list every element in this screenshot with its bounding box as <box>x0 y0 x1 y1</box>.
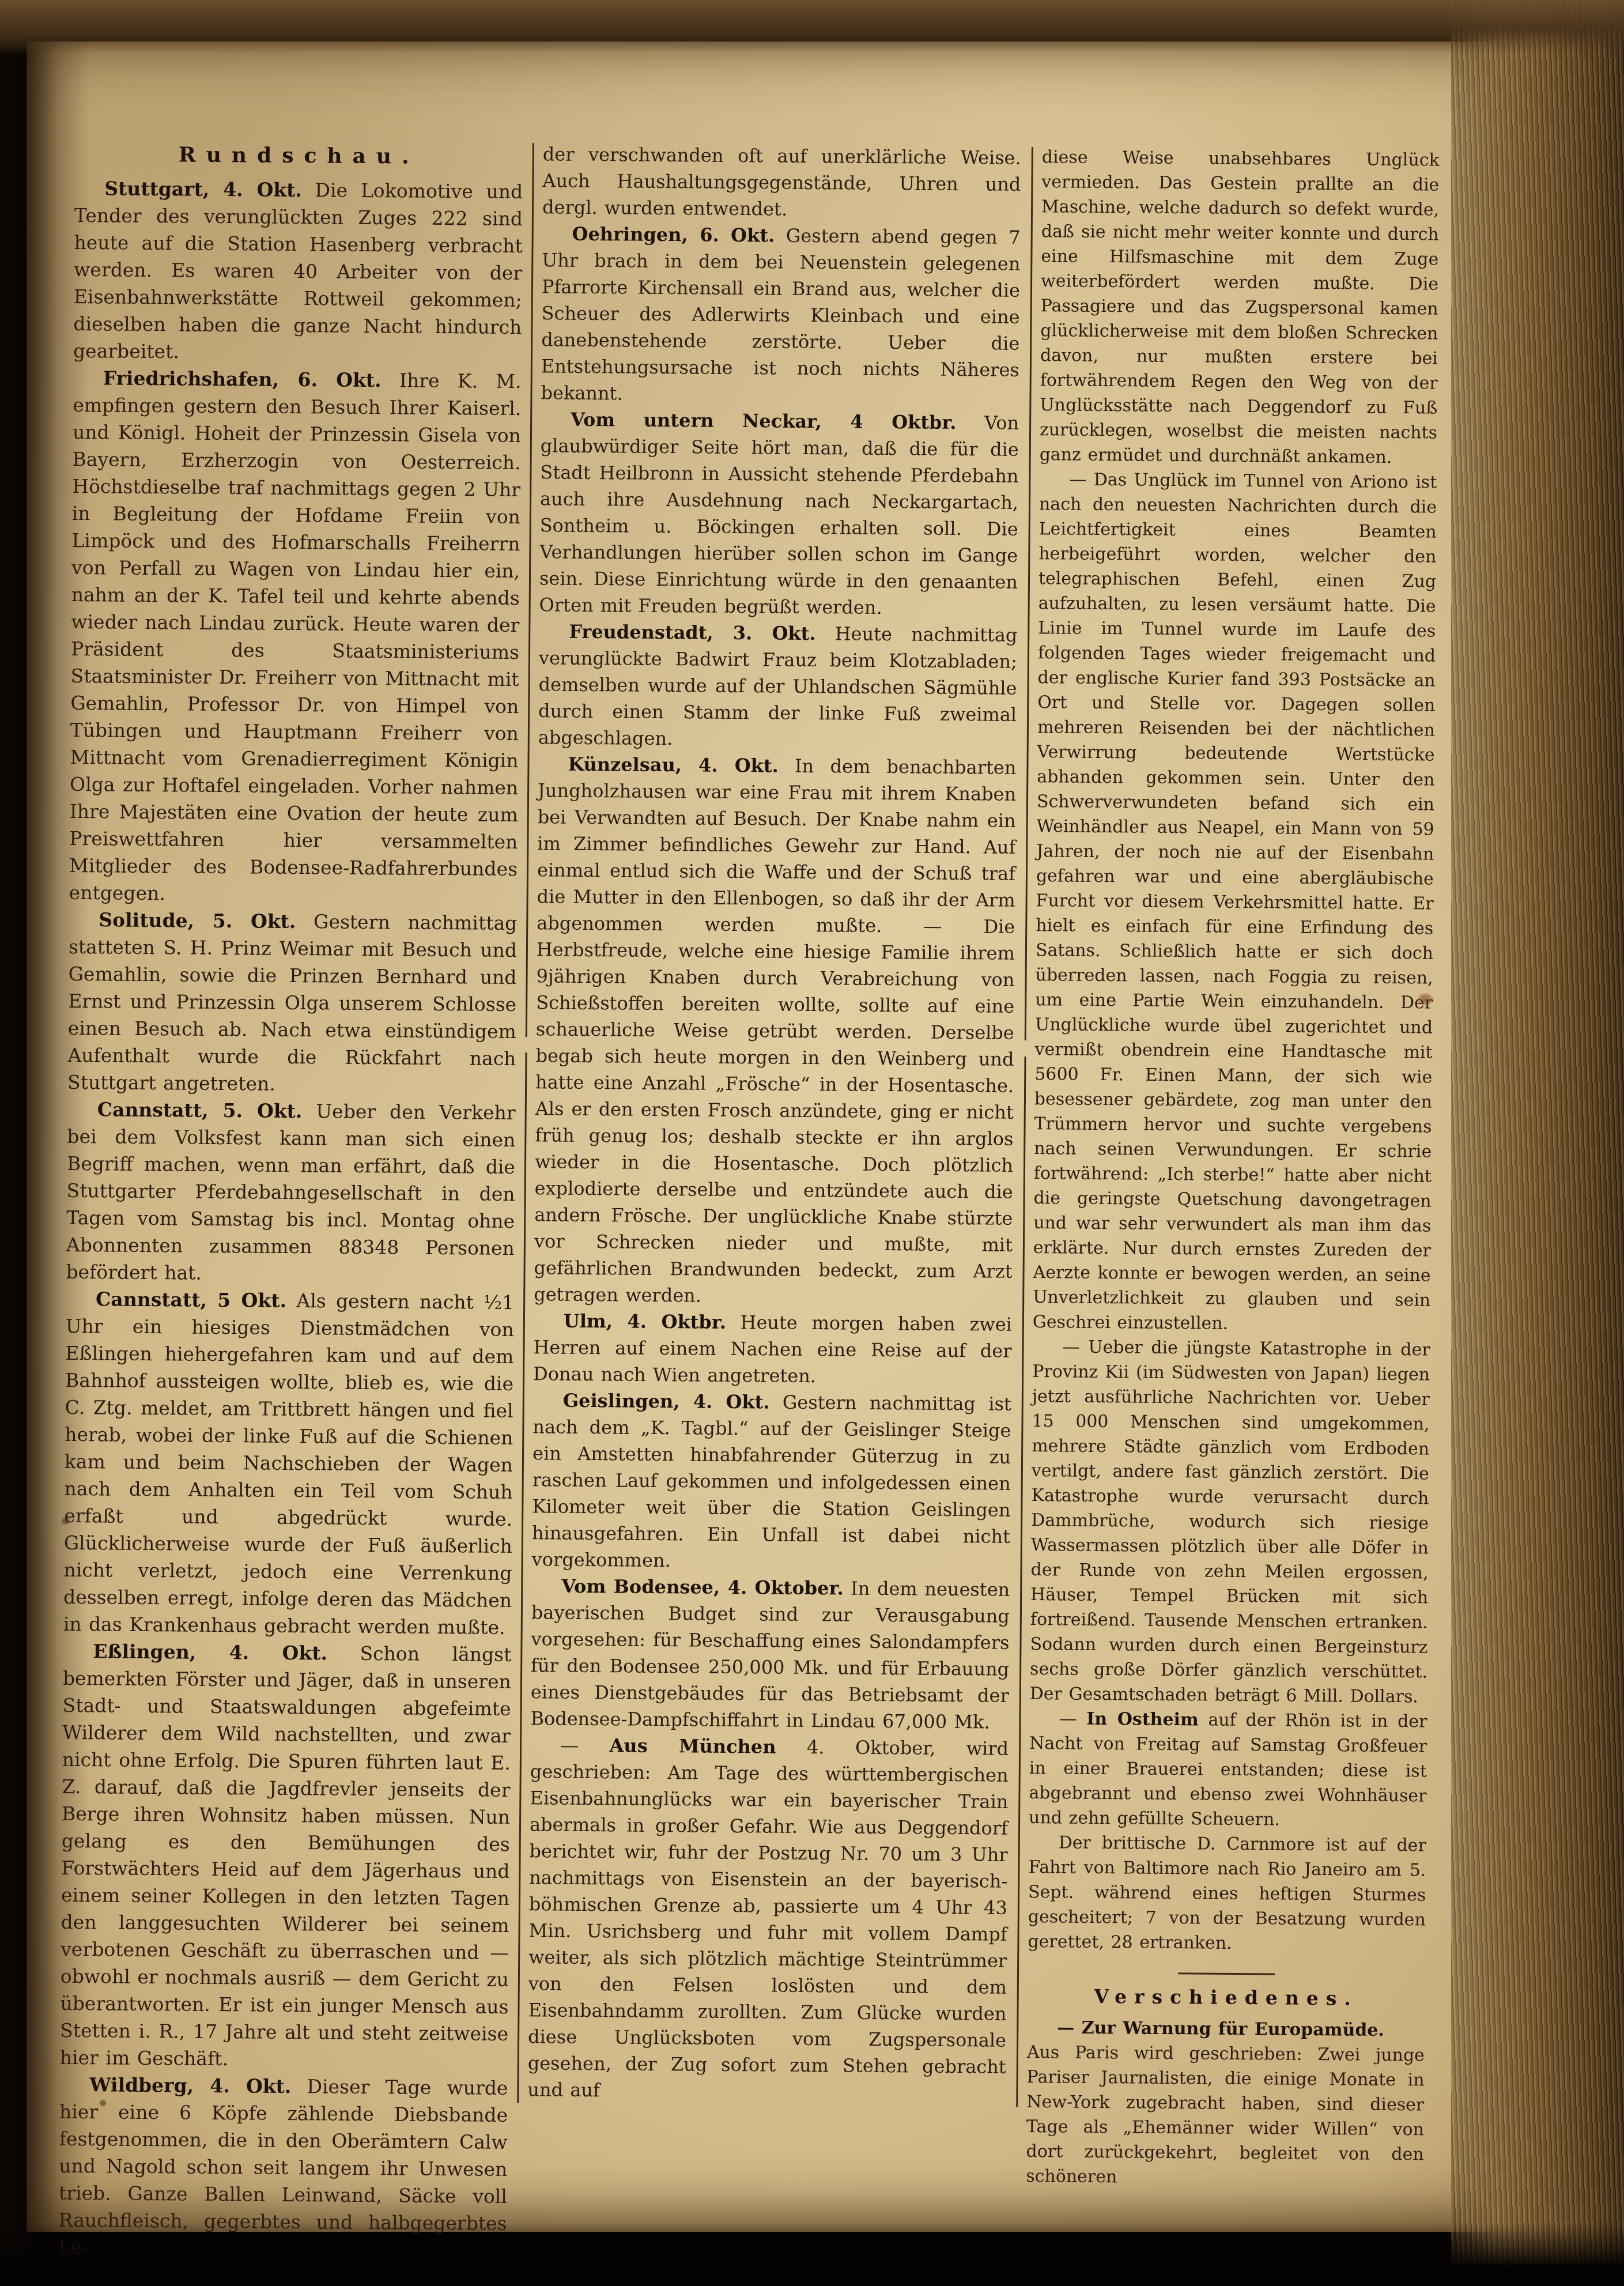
photo-bottom-shadow <box>0 2223 1624 2286</box>
article-title-text: — Zur Warnung für Europamüde. <box>1057 2017 1384 2040</box>
article-dateline: Vom untern Neckar, 4 Oktbr. <box>571 409 957 433</box>
article-ostheim: — In Ostheim auf der Rhön ist in der Nac… <box>1029 1706 1427 1833</box>
article-text: diese Weise unabsehbares Unglück vermied… <box>1040 147 1440 467</box>
column-1: Rundschau. Stuttgart, 4. Okt. Die Lokomo… <box>58 137 523 2264</box>
article-text: Der brittische D. Carnmore ist auf der F… <box>1028 1832 1426 1953</box>
article-dateline: Stuttgart, 4. Okt. <box>104 177 302 201</box>
section-heading-rundschau: Rundschau. <box>75 141 523 171</box>
article-muenchen: — Aus München 4. Oktober, wird geschrieb… <box>527 1732 1009 2106</box>
article-text: In dem benachbarten Jungholzhausen war e… <box>534 755 1017 1307</box>
article-dateline: Oehringen, 6. Okt. <box>572 223 775 247</box>
ink-stain <box>61 1517 70 1525</box>
article-kuenzelsau: Künzelsau, 4. Okt. In dem benachbarten J… <box>534 750 1017 1311</box>
article-text: — Ueber die jüngste Katastrophe in der P… <box>1030 1337 1430 1707</box>
article-carnmore: Der brittische D. Carnmore ist auf der F… <box>1028 1830 1426 1957</box>
article-cannstatt-1: Cannstatt, 5. Okt. Ueber den Verkehr bei… <box>66 1096 516 1289</box>
article-esslingen: Eßlingen, 4. Okt. Schon längst bemerkten… <box>60 1638 512 2074</box>
article-europamuede-body: Aus Paris wird geschrieben: Zwei junge P… <box>1026 2040 1425 2191</box>
article-freudenstadt: Freudenstadt, 3. Okt. Heute nachmittag v… <box>538 618 1018 755</box>
article-text: In dem neuesten bayerischen Budget sind … <box>530 1578 1010 1733</box>
article-dateline: Ulm, 4. Oktbr. <box>564 1310 726 1333</box>
text-columns: Rundschau. Stuttgart, 4. Okt. Die Lokomo… <box>58 137 1440 2271</box>
article-solitude: Solitude, 5. Okt. Gestern nachmittag sta… <box>67 906 518 1099</box>
article-dateline: Friedrichshafen, 6. Okt. <box>103 367 382 391</box>
article-text: Die Lokomotive und Tender des verunglück… <box>73 179 523 363</box>
column-3: diese Weise unabsehbares Unglück vermied… <box>1026 145 1440 2191</box>
article-dateline: Geislingen, 4. Okt. <box>563 1390 770 1413</box>
article-dateline: Solitude, 5. Okt. <box>99 908 296 933</box>
article-text: der verschwanden oft auf unerklärliche W… <box>542 143 1021 220</box>
article-text: Schon längst bemerkten Förster und Jäger… <box>60 1642 512 2070</box>
article-text: Als gestern nacht ½1 Uhr ein hiesiges Di… <box>63 1289 515 1639</box>
article-text: Von glaubwürdiger Seite hört man, daß di… <box>539 412 1019 618</box>
article-dateline: Cannstatt, 5 Okt. <box>96 1288 286 1312</box>
article-text: 4. Oktober, wird geschrieben: Am Tage de… <box>527 1736 1009 2101</box>
article-unterer-neckar: Vom untern Neckar, 4 Oktbr. Von glaubwür… <box>539 406 1019 622</box>
article-dateline: Aus München <box>609 1734 776 1757</box>
article-text: Ueber den Verkehr bei dem Volksfest kann… <box>66 1100 515 1284</box>
article-text: Aus Paris wird geschrieben: Zwei junge P… <box>1026 2042 1425 2187</box>
article-tunnel-ariono: — Das Unglück im Tunnel von Ariono ist n… <box>1033 467 1437 1337</box>
article-cannstatt-2: Cannstatt, 5 Okt. Als gestern nacht ½1 U… <box>63 1285 515 1641</box>
column-2: der verschwanden oft auf unerklärliche W… <box>527 141 1021 2106</box>
section-divider-rule <box>1178 1972 1275 1975</box>
article-europamuede-title: — Zur Warnung für Europamüde. <box>1027 2015 1425 2043</box>
article-friedrichshafen: Friedrichshafen, 6. Okt. Ihre K. M. empf… <box>69 364 522 910</box>
article-stuttgart: Stuttgart, 4. Okt. Die Lokomotive und Te… <box>73 175 523 368</box>
brown-stain <box>1417 993 1434 1006</box>
article-dateline: Wildberg, 4. Okt. <box>89 2073 291 2098</box>
article-text: Gestern abend gegen 7 Uhr brach in dem b… <box>541 225 1020 405</box>
article-continuation: der verschwanden oft auf unerklärliche W… <box>542 141 1021 224</box>
article-geislingen: Geislingen, 4. Okt. Gestern nachmittag i… <box>531 1387 1011 1576</box>
article-text: — Das Unglück im Tunnel von Ariono ist n… <box>1033 470 1437 1334</box>
article-japan-katastrophe: — Ueber die jüngste Katastrophe in der P… <box>1030 1334 1430 1709</box>
article-dateline: Eßlingen, 4. Okt. <box>93 1640 327 1664</box>
article-dateline: Künzelsau, 4. Okt. <box>568 753 779 777</box>
dash-prefix: — <box>1059 1709 1086 1729</box>
article-text: Gestern nachmittag statteten S. H. Prinz… <box>67 910 518 1095</box>
article-oehringen: Oehringen, 6. Okt. Gestern abend gegen 7… <box>541 220 1021 410</box>
article-dateline: Vom Bodensee, 4. Oktober. <box>561 1575 844 1600</box>
article-bodensee: Vom Bodensee, 4. Oktober. In dem neueste… <box>530 1572 1010 1736</box>
section-heading-verschiedenes: Verschiedenes. <box>1028 1983 1425 2011</box>
article-ulm: Ulm, 4. Oktbr. Heute morgen haben zwei H… <box>533 1307 1012 1391</box>
newspaper-scan-photo: Rundschau. Stuttgart, 4. Okt. Die Lokomo… <box>0 0 1624 2286</box>
dash-prefix: — <box>560 1734 610 1757</box>
article-dateline: Cannstatt, 5. Okt. <box>97 1098 303 1122</box>
article-text: Ihre K. M. empfingen gestern den Besuch … <box>69 369 522 904</box>
article-dateline: In Ostheim <box>1086 1709 1199 1730</box>
book-fore-edge <box>1451 0 1624 2265</box>
newspaper-page: Rundschau. Stuttgart, 4. Okt. Die Lokomo… <box>27 42 1592 2232</box>
article-continuation: diese Weise unabsehbares Unglück vermied… <box>1040 145 1440 470</box>
article-text: Gestern nachmittag ist nach dem „K. Tagb… <box>531 1391 1011 1571</box>
book-top-edge-shadow <box>0 0 1624 53</box>
article-dateline: Freudenstadt, 3. Okt. <box>569 621 816 644</box>
ink-stain <box>99 2099 107 2107</box>
